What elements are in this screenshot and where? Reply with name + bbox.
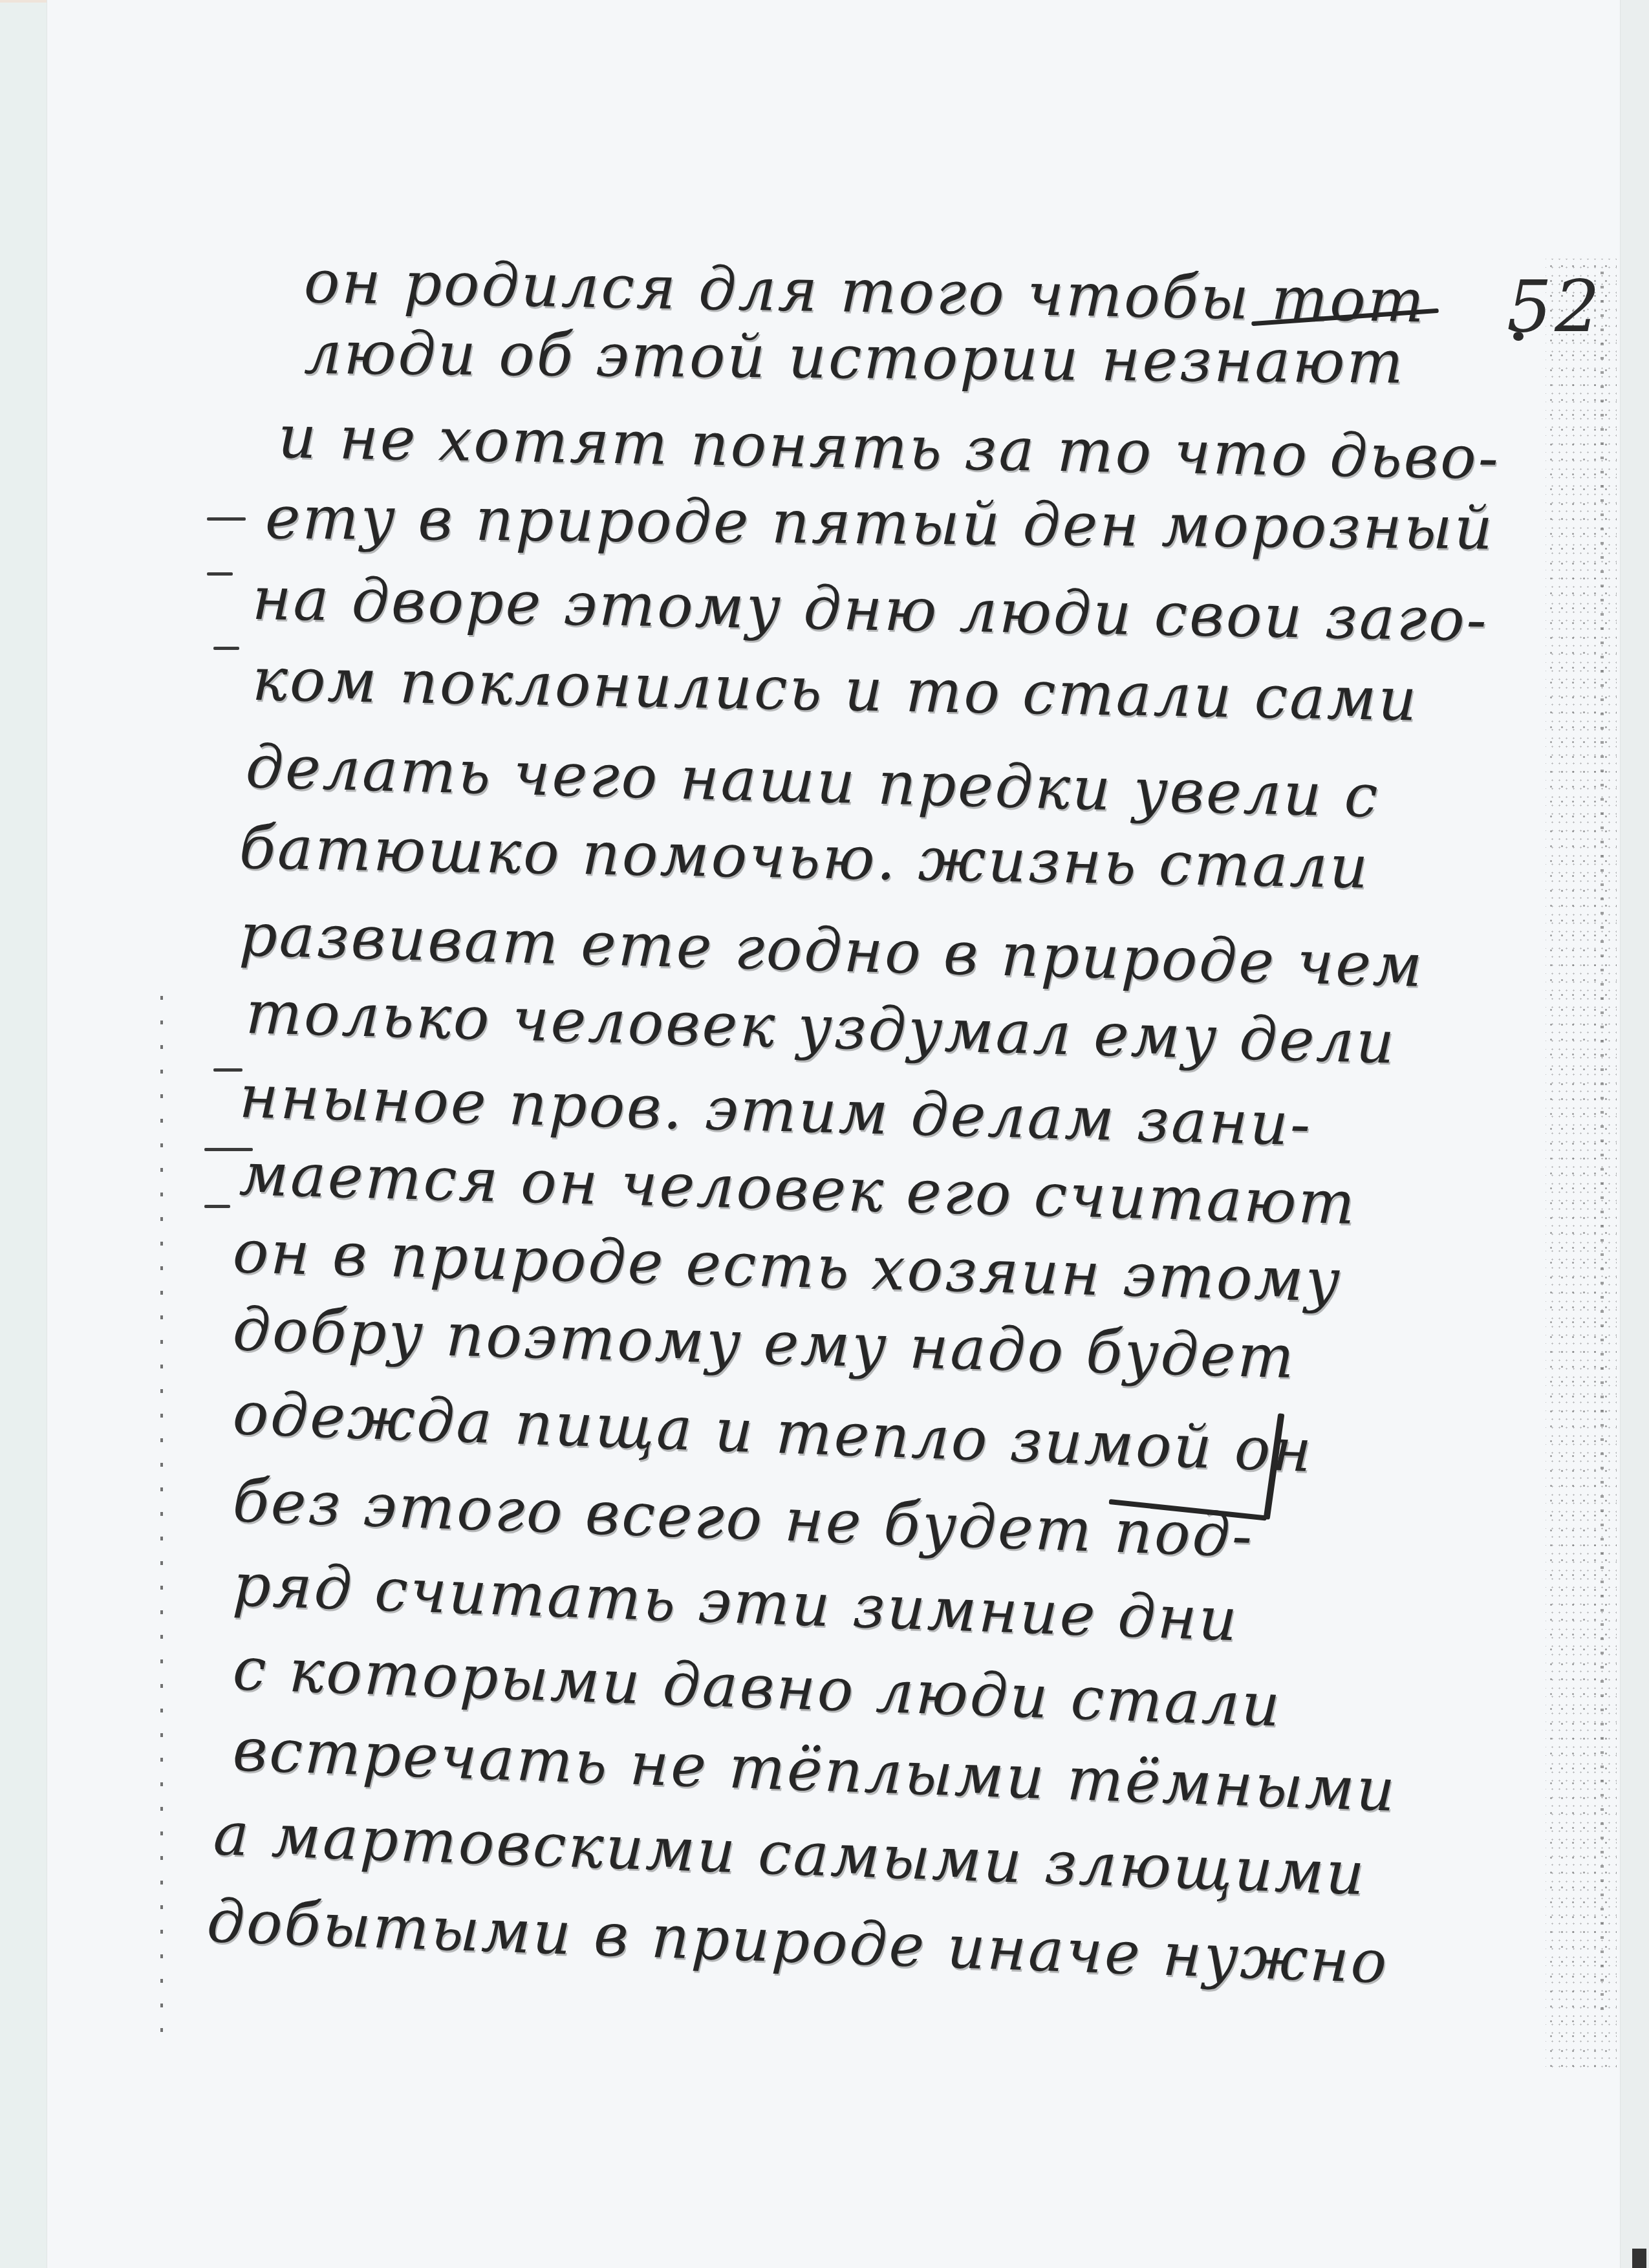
manuscript-line: мается он человек его считают bbox=[239, 1145, 1357, 1233]
manuscript-line: без этого всего не будет под- bbox=[232, 1471, 1255, 1566]
manuscript-body: он родился для того чтобы тот люди об эт… bbox=[0, 0, 1649, 2268]
manuscript-line: только человек уздумал ему дели bbox=[245, 983, 1397, 1073]
manuscript-line: нныное пров. этим делам зани- bbox=[239, 1067, 1313, 1154]
manuscript-line: и не хотят понять за то что дьво- bbox=[277, 407, 1500, 488]
manuscript-line: он в природе есть хозяин этому bbox=[232, 1222, 1342, 1311]
manuscript-line: а мартовскими самыми злющими bbox=[212, 1804, 1367, 1904]
manuscript-line: ету в природе пятый ден морозный bbox=[265, 488, 1495, 559]
manuscript-line: батюшко помочью. жизнь стали bbox=[239, 818, 1370, 898]
manuscript-line: люди об этой истории незнают bbox=[304, 323, 1406, 393]
manuscript-line: на дворе этому дню люди свои заго- bbox=[252, 569, 1489, 650]
manuscript-line: добытыми в природе иначе нужно bbox=[206, 1892, 1389, 1993]
manuscript-line: ряд считать эти зимние дни bbox=[232, 1555, 1240, 1650]
manuscript-line: добру поэтому ему надо будет bbox=[232, 1300, 1297, 1387]
manuscript-line: ком поклонились и то стали сами bbox=[252, 650, 1419, 729]
manuscript-line: одежда пища и тепло зимой он bbox=[232, 1384, 1314, 1481]
manuscript-line: делать чего наши предки увели с bbox=[245, 737, 1381, 826]
